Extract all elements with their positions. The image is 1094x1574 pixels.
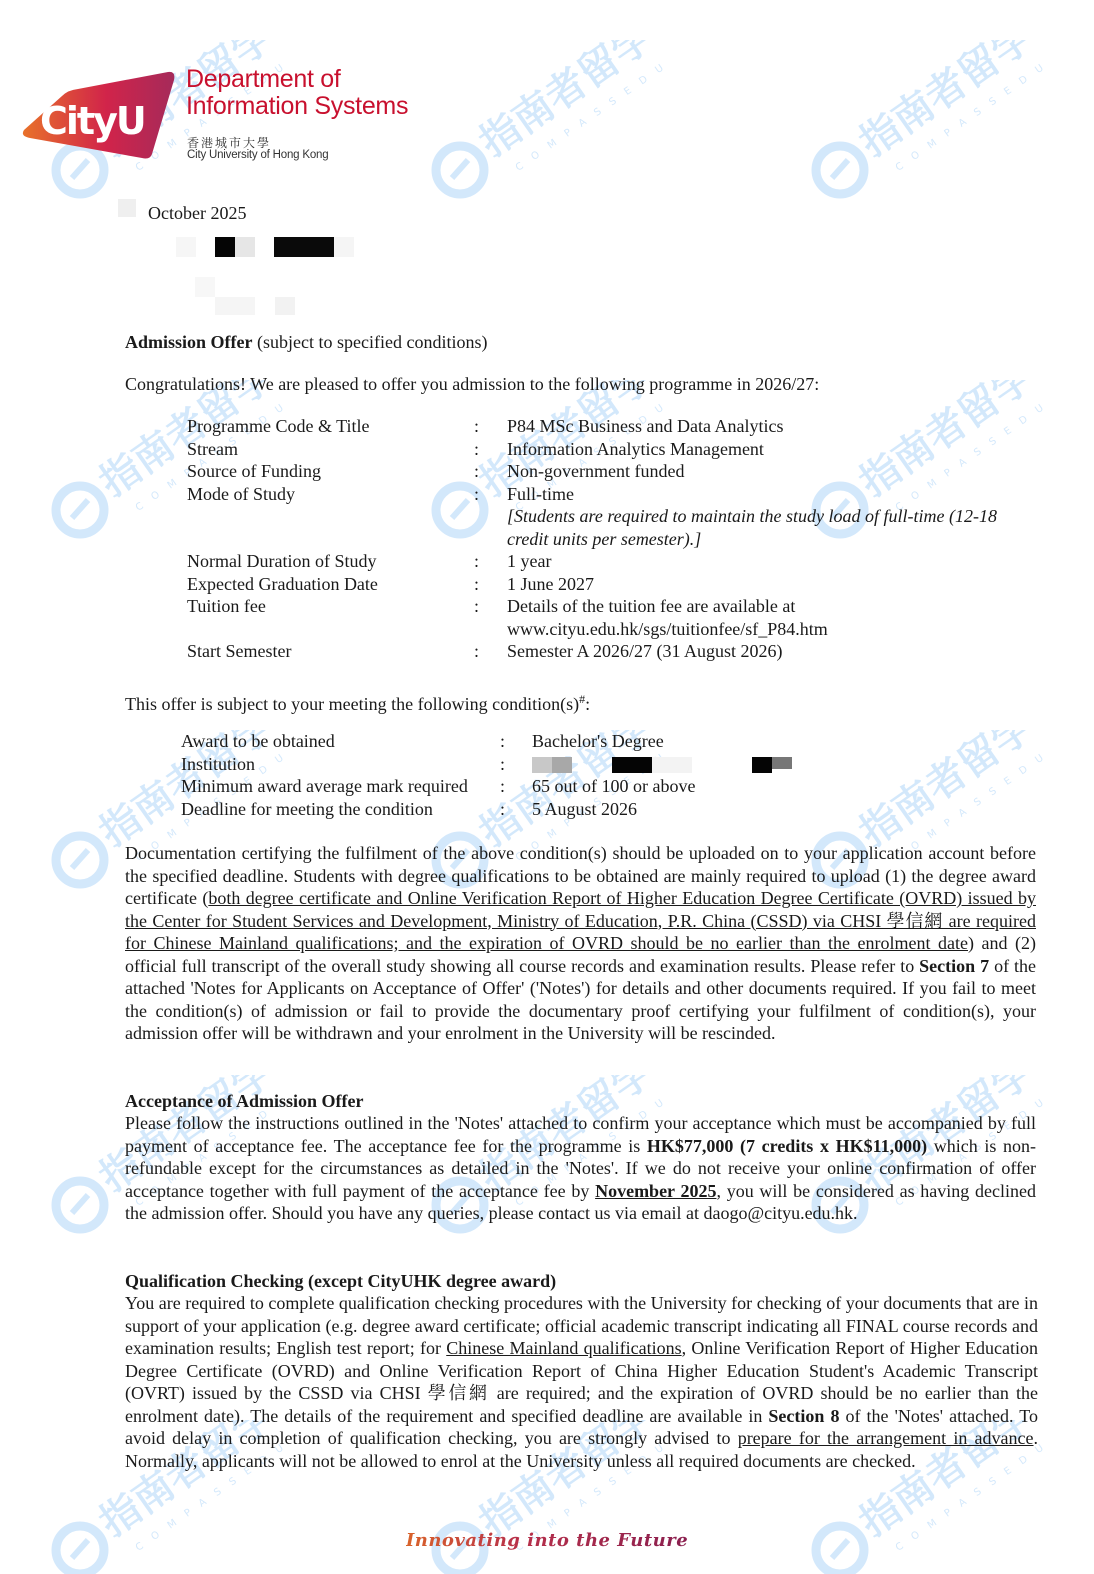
mode-note-row: [Students are required to maintain the s… [187, 505, 1047, 528]
condition-row: Deadline for meeting the condition:5 Aug… [181, 798, 1041, 821]
tuition-fee-url: www.cityu.edu.hk/sgs/tuitionfee/sf_P84.h… [507, 618, 828, 641]
doc-section-ref: Section 7 [919, 956, 989, 976]
redacted-block [215, 237, 235, 257]
offer-title-bold: Admission Offer [125, 332, 253, 352]
condition-row: Minimum award average mark required:65 o… [181, 775, 1041, 798]
doc-underlined: both degree certificate and Online Verif… [125, 888, 1036, 953]
programme-row: Normal Duration of Study:1 year [187, 550, 1047, 573]
programme-row: Tuition fee:Details of the tuition fee a… [187, 595, 1047, 618]
qual-underlined-2: prepare for the arrangement in advance [738, 1428, 1034, 1448]
acceptance-deadline: November 2025 [595, 1181, 716, 1201]
conditions-intro: This offer is subject to your meeting th… [125, 688, 590, 716]
conditions-intro-text: This offer is subject to your meeting th… [125, 694, 579, 714]
programme-label: Mode of Study [187, 483, 295, 506]
redacted-block [118, 199, 136, 217]
svg-text:指南者留学: 指南者留学 [471, 40, 661, 166]
logo-text: CityU [40, 99, 145, 143]
programme-label: Source of Funding [187, 460, 321, 483]
separator-colon: : [474, 438, 479, 461]
slogan-text: Innovating into the Future [406, 1530, 688, 1551]
programme-details: Programme Code & Title:P84 MSc Business … [187, 415, 1047, 663]
condition-value: 5 August 2026 [532, 798, 637, 821]
programme-value: P84 MSc Business and Data Analytics [507, 415, 784, 438]
condition-label: Institution [181, 753, 255, 776]
qual-underlined-1: Chinese Mainland qualifications [446, 1338, 681, 1358]
conditions-intro-colon: : [585, 694, 590, 714]
condition-row: Institution: [181, 753, 1041, 776]
acceptance-fee: HK$77,000 (7 credits x HK$11,000) [647, 1136, 927, 1156]
programme-row: Mode of Study:Full-time [187, 483, 1047, 506]
separator-colon: : [500, 730, 505, 753]
condition-label: Deadline for meeting the condition [181, 798, 433, 821]
qualification-heading: Qualification Checking (except CityUHK d… [125, 1270, 556, 1293]
redacted-block [235, 237, 255, 257]
offer-letter-page: 指南者留学 COMPASSEDU 指南者留学 COMPASSEDU 指南者留学 … [0, 0, 1094, 1574]
department-line-1: Department of [186, 66, 408, 93]
programme-value: Information Analytics Management [507, 438, 764, 461]
separator-colon: : [500, 753, 505, 776]
cityu-logo: CityU [22, 68, 182, 164]
separator-colon: : [500, 775, 505, 798]
programme-row: Start Semester:Semester A 2026/27 (31 Au… [187, 640, 1047, 663]
compassedu-watermark: 指南者留学 COMPASSEDU [430, 40, 670, 200]
offer-title: Admission Offer (subject to specified co… [125, 331, 487, 354]
programme-row: Expected Graduation Date:1 June 2027 [187, 573, 1047, 596]
separator-colon: : [474, 460, 479, 483]
svg-text:COMPASSEDU: COMPASSEDU [894, 56, 1050, 174]
redacted-block [274, 237, 334, 257]
mode-note-line-1: [Students are required to maintain the s… [507, 505, 997, 528]
programme-value: Details of the tuition fee are available… [507, 595, 795, 618]
programme-label: Normal Duration of Study [187, 550, 376, 573]
qualification-paragraph: You are required to complete qualificati… [125, 1292, 1038, 1472]
tuition-url-row: www.cityu.edu.hk/sgs/tuitionfee/sf_P84.h… [187, 618, 1047, 641]
condition-label: Minimum award average mark required [181, 775, 468, 798]
offer-title-subtitle: (subject to specified conditions) [253, 332, 488, 352]
footer-slogan: Innovating into the Future [0, 1530, 1094, 1551]
separator-colon: : [474, 595, 479, 618]
condition-row: Award to be obtained:Bachelor's Degree [181, 730, 1041, 753]
condition-label: Award to be obtained [181, 730, 335, 753]
programme-value: 1 year [507, 550, 551, 573]
condition-value: Bachelor's Degree [532, 730, 664, 753]
separator-colon: : [474, 415, 479, 438]
redacted-block [195, 277, 215, 297]
acceptance-heading: Acceptance of Admission Offer [125, 1090, 363, 1113]
programme-row: Programme Code & Title:P84 MSc Business … [187, 415, 1047, 438]
department-name: Department of Information Systems [186, 66, 408, 120]
programme-label: Start Semester [187, 640, 291, 663]
intro-text: Congratulations! We are pleased to offer… [125, 373, 819, 396]
separator-colon: : [474, 550, 479, 573]
separator-colon: : [500, 798, 505, 821]
programme-label: Programme Code & Title [187, 415, 370, 438]
programme-label: Expected Graduation Date [187, 573, 378, 596]
separator-colon: : [474, 483, 479, 506]
conditions-details: Award to be obtained:Bachelor's DegreeIn… [181, 730, 1041, 820]
redacted-block [334, 237, 354, 257]
separator-colon: : [474, 573, 479, 596]
svg-text:COMPASSEDU: COMPASSEDU [514, 56, 670, 174]
programme-value: Full-time [507, 483, 574, 506]
programme-value: 1 June 2027 [507, 573, 594, 596]
letter-date: October 2025 [148, 203, 246, 224]
department-line-2: Information Systems [186, 93, 408, 120]
mode-note-line-2: credit units per semester).] [507, 528, 701, 551]
redacted-block [215, 297, 255, 315]
programme-label: Stream [187, 438, 238, 461]
svg-text:指南者留学: 指南者留学 [851, 40, 1041, 166]
redacted-institution [532, 757, 792, 773]
acceptance-paragraph: Please follow the instructions outlined … [125, 1112, 1036, 1225]
compassedu-watermark: 指南者留学 COMPASSEDU [810, 40, 1050, 200]
condition-value: 65 out of 100 or above [532, 775, 695, 798]
programme-value: Non-government funded [507, 460, 684, 483]
redacted-block [176, 237, 196, 257]
mode-note-row: credit units per semester).] [187, 528, 1047, 551]
programme-value: Semester A 2026/27 (31 August 2026) [507, 640, 783, 663]
separator-colon: : [474, 640, 479, 663]
qual-section-ref: Section 8 [768, 1406, 839, 1426]
documentation-paragraph: Documentation certifying the fulfilment … [125, 842, 1036, 1045]
programme-row: Stream:Information Analytics Management [187, 438, 1047, 461]
programme-label: Tuition fee [187, 595, 266, 618]
programme-row: Source of Funding:Non-government funded [187, 460, 1047, 483]
redacted-block [275, 297, 295, 315]
university-name-en: City University of Hong Kong [187, 149, 328, 161]
